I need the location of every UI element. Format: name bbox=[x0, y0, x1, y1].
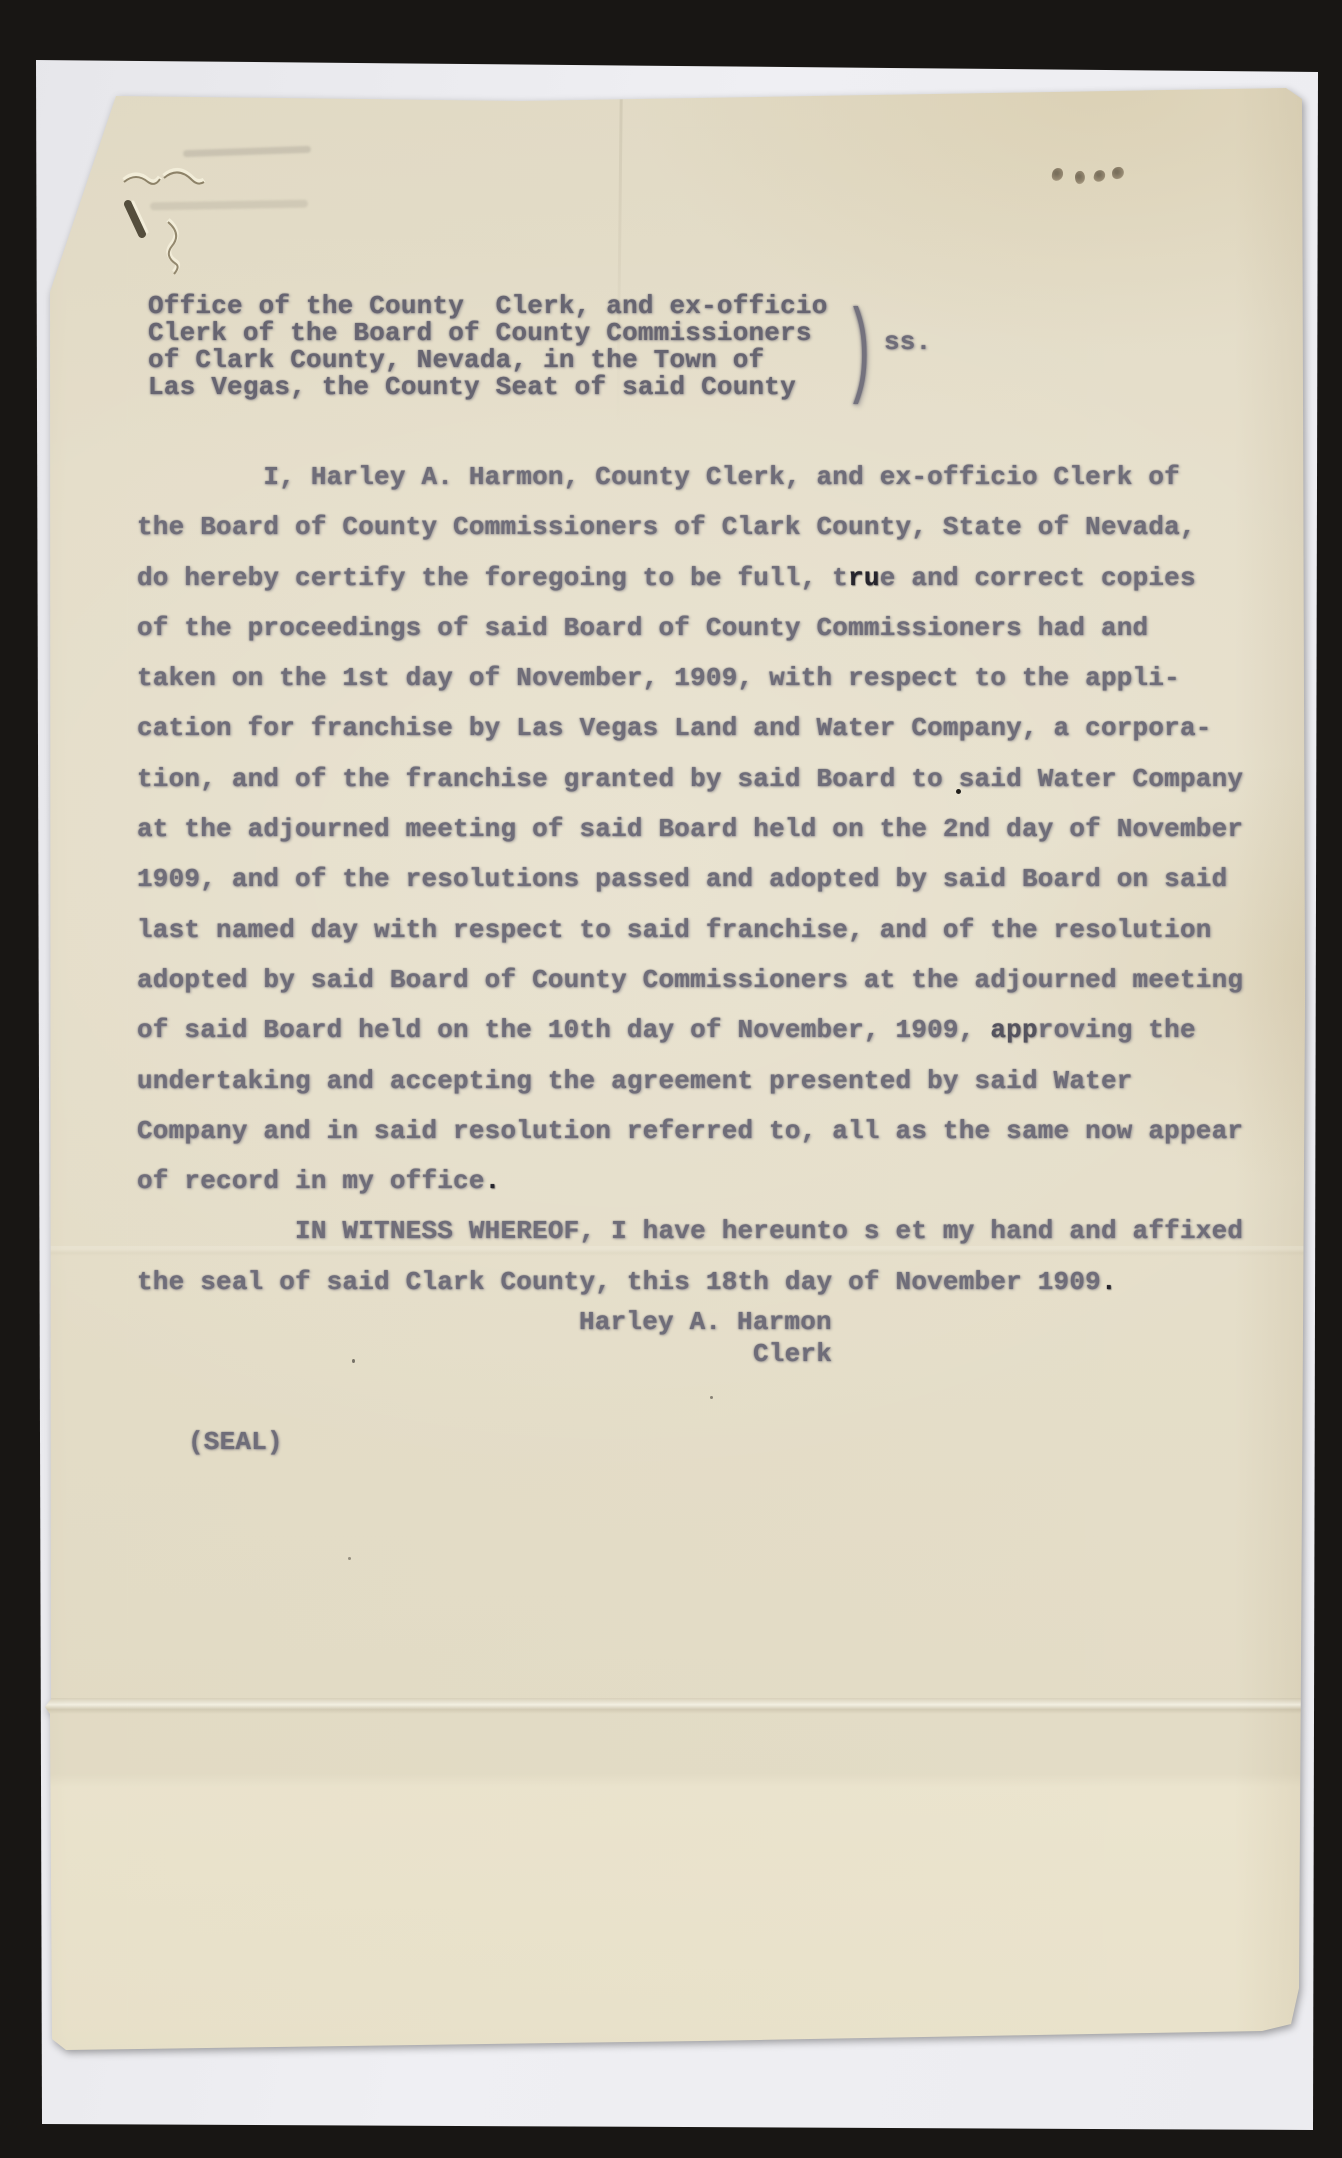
typed-text: taken on the 1st day of November, 1909, … bbox=[137, 663, 1180, 693]
scan-photo-background: Office of the County Clerk, and ex-offic… bbox=[0, 0, 1342, 2158]
typed-text: I, Harley A. Harmon, County Clerk, and e… bbox=[137, 462, 1180, 492]
typed-line: last named day with respect to said fran… bbox=[137, 905, 1243, 955]
typed-line: 1909, and of the resolutions passed and … bbox=[137, 854, 1243, 904]
typed-text: of the proceedings of said Board of Coun… bbox=[137, 613, 1148, 643]
typed-line: the seal of said Clark County, this 18th… bbox=[137, 1257, 1243, 1307]
signature-name: Harley A. Harmon bbox=[579, 1307, 832, 1337]
typed-text: adopted by said Board of County Commissi… bbox=[137, 965, 1243, 995]
certification-heading: Office of the County Clerk, and ex-offic… bbox=[148, 293, 828, 401]
typed-line: of the proceedings of said Board of Coun… bbox=[137, 603, 1243, 653]
document-page: Office of the County Clerk, and ex-offic… bbox=[0, 0, 1342, 2158]
typed-line: tion, and of the franchise granted by sa… bbox=[137, 754, 1243, 804]
punch-hole bbox=[1111, 166, 1124, 179]
typed-line: adopted by said Board of County Commissi… bbox=[137, 955, 1243, 1005]
ink-speck bbox=[348, 1557, 351, 1560]
typed-text: undertaking and accepting the agreement … bbox=[137, 1066, 1133, 1096]
typed-line: of said Board held on the 10th day of No… bbox=[137, 1005, 1243, 1055]
punch-hole bbox=[1074, 170, 1086, 185]
header-line: Office of the County Clerk, and ex-offic… bbox=[148, 293, 828, 320]
typed-text: e and correct copies bbox=[880, 563, 1196, 593]
seal-label: (SEAL) bbox=[188, 1427, 283, 1457]
ink-speck bbox=[710, 1396, 713, 1399]
typed-text: at the adjourned meeting of said Board h… bbox=[137, 814, 1243, 844]
overtyped-text: . bbox=[485, 1166, 501, 1196]
typed-text: the seal of said Clark County, this 18th… bbox=[137, 1267, 1101, 1297]
typed-line: IN WITNESS WHEREOF, I have hereunto s et… bbox=[137, 1206, 1243, 1256]
typed-text: of record in my office bbox=[137, 1166, 485, 1196]
typed-line: cation for franchise by Las Vegas Land a… bbox=[137, 703, 1243, 753]
typed-text: 1909, and of the resolutions passed and … bbox=[137, 864, 1227, 894]
pencil-smudge bbox=[150, 200, 308, 211]
overtyped-text: . bbox=[1101, 1267, 1117, 1297]
typed-text: do hereby certify the foregoing to be fu… bbox=[137, 563, 848, 593]
punch-hole bbox=[1051, 167, 1064, 181]
certification-body: I, Harley A. Harmon, County Clerk, and e… bbox=[137, 452, 1243, 1307]
staple-tear-marks bbox=[100, 140, 250, 280]
typed-text: roving the bbox=[1038, 1015, 1196, 1045]
typed-line: undertaking and accepting the agreement … bbox=[137, 1056, 1243, 1106]
typed-line: taken on the 1st day of November, 1909, … bbox=[137, 653, 1243, 703]
ink-speck bbox=[352, 1359, 355, 1363]
typed-line: of record in my office. bbox=[137, 1156, 1243, 1206]
typed-line: the Board of County Commissioners of Cla… bbox=[137, 502, 1243, 552]
typed-text: IN WITNESS WHEREOF, I have hereunto s et… bbox=[137, 1216, 1243, 1246]
typed-text: the Board of County Commissioners of Cla… bbox=[137, 512, 1196, 542]
overtyped-text: app bbox=[990, 1015, 1037, 1045]
typed-text: tion, and of the franchise granted by sa… bbox=[137, 764, 1243, 794]
punch-hole bbox=[1093, 169, 1107, 183]
typed-text: last named day with respect to said fran… bbox=[137, 915, 1212, 945]
header-line: Clerk of the Board of County Commissione… bbox=[148, 320, 828, 347]
typed-line: Company and in said resolution referred … bbox=[137, 1106, 1243, 1156]
typed-text: of said Board held on the 10th day of No… bbox=[137, 1015, 990, 1045]
ss-label: ss. bbox=[884, 327, 931, 357]
document-page-wrap: Office of the County Clerk, and ex-offic… bbox=[0, 0, 1342, 2158]
header-line: of Clark County, Nevada, in the Town of bbox=[148, 347, 828, 374]
typed-line: I, Harley A. Harmon, County Clerk, and e… bbox=[137, 452, 1243, 502]
typed-line: at the adjourned meeting of said Board h… bbox=[137, 804, 1243, 854]
brace-mark: ) bbox=[845, 298, 875, 416]
typed-text: Company and in said resolution referred … bbox=[137, 1116, 1243, 1146]
overtyped-text: ru bbox=[848, 563, 880, 593]
typed-line: do hereby certify the foregoing to be fu… bbox=[137, 553, 1243, 603]
signature-title: Clerk bbox=[753, 1339, 832, 1369]
header-line: Las Vegas, the County Seat of said Count… bbox=[148, 374, 828, 401]
horizontal-fold-crease bbox=[40, 1698, 1308, 1714]
typed-text: cation for franchise by Las Vegas Land a… bbox=[137, 713, 1212, 743]
